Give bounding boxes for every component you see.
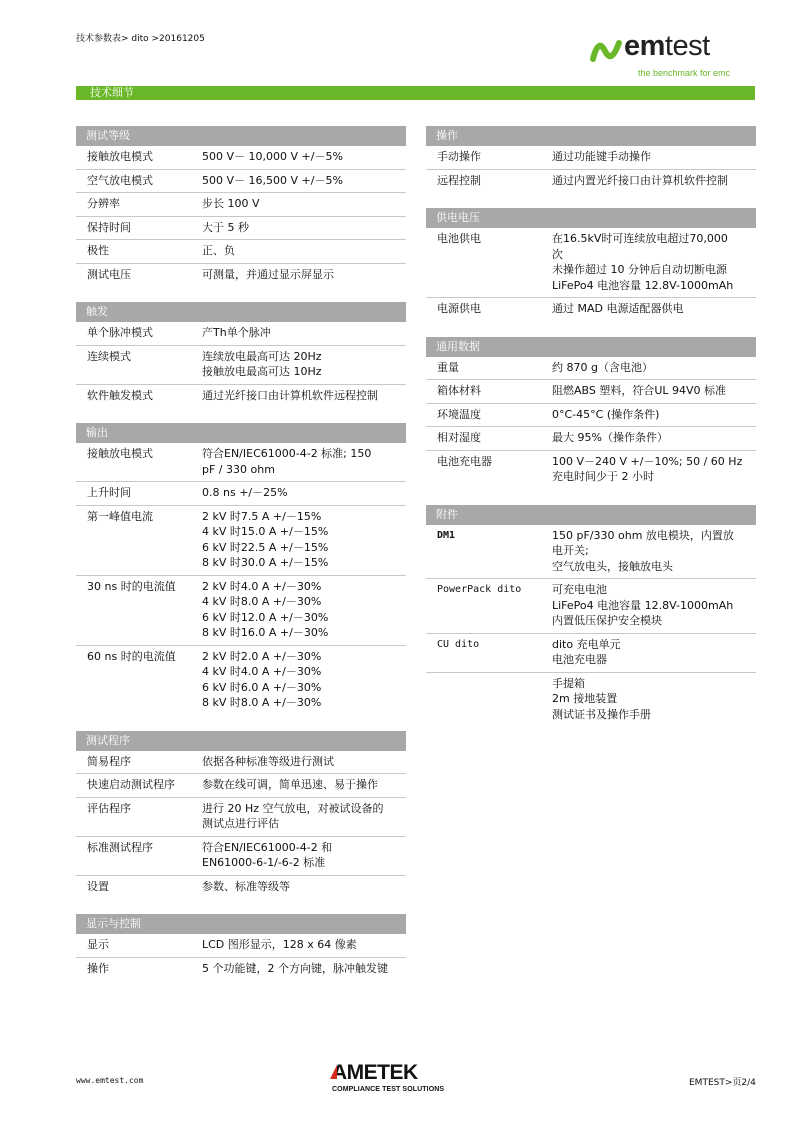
spec-row: 上升时间0.8 ns +/－25% bbox=[76, 482, 406, 506]
ametek-logo: AMETEK COMPLIANCE TEST SOLUTIONS bbox=[332, 1064, 456, 1096]
spec-row: DM1150 pF/330 ohm 放电模块，内置放 电开关; 空气放电头，接触… bbox=[426, 525, 756, 580]
spec-row: 箱体材料阻燃ABS 塑料，符合UL 94V0 标准 bbox=[426, 380, 756, 404]
spec-row: 远程控制通过内置光纤接口由计算机软件控制 bbox=[426, 170, 756, 193]
spec-row: 接触放电模式符合EN/IEC61000-4-2 标准; 150 pF / 330… bbox=[76, 443, 406, 482]
spec-label: 电源供电 bbox=[426, 301, 552, 317]
spec-row: 设置参数、标准等级等 bbox=[76, 876, 406, 899]
spec-value: 2 kV 时7.5 A +/－15% 4 kV 时15.0 A +/－15% 6… bbox=[202, 509, 406, 571]
spec-value: 在16.5kV时可连续放电超过70,000 次 未操作超过 10 分钟后自动切断… bbox=[552, 231, 756, 293]
spec-value: 5 个功能键，2 个方向键，脉冲触发键 bbox=[202, 961, 406, 977]
spec-value: 阻燃ABS 塑料，符合UL 94V0 标准 bbox=[552, 383, 756, 399]
spec-section: 操作手动操作通过功能键手动操作远程控制通过内置光纤接口由计算机软件控制 bbox=[426, 126, 756, 192]
section-header: 供电电压 bbox=[426, 208, 756, 228]
spec-value: 约 870 g（含电池） bbox=[552, 360, 756, 376]
spec-value: 连续放电最高可达 20Hz 接触放电最高可达 10Hz bbox=[202, 349, 406, 380]
spec-label: 标准测试程序 bbox=[76, 840, 202, 871]
spec-value: LCD 图形显示，128 x 64 像素 bbox=[202, 937, 406, 953]
section-header: 通用数据 bbox=[426, 337, 756, 357]
spec-section: 测试程序简易程序依据各种标准等级进行测试快速启动测试程序参数在线可调，简单迅速、… bbox=[76, 731, 406, 899]
spec-label: 接触放电模式 bbox=[76, 149, 202, 165]
spec-row: 连续模式连续放电最高可达 20Hz 接触放电最高可达 10Hz bbox=[76, 346, 406, 385]
spec-value: 进行 20 Hz 空气放电，对被试设备的 测试点进行评估 bbox=[202, 801, 406, 832]
spec-value: 100 V－240 V +/－10%; 50 / 60 Hz 充电时间少于 2 … bbox=[552, 454, 756, 485]
spec-row: 空气放电模式500 V－ 16,500 V +/－5% bbox=[76, 170, 406, 194]
spec-row: 显示LCD 图形显示，128 x 64 像素 bbox=[76, 934, 406, 958]
spec-section: 通用数据重量约 870 g（含电池）箱体材料阻燃ABS 塑料，符合UL 94V0… bbox=[426, 337, 756, 489]
spec-row: 手动操作通过功能键手动操作 bbox=[426, 146, 756, 170]
spec-value: 步长 100 V bbox=[202, 196, 406, 212]
spec-label: 60 ns 时的电流值 bbox=[76, 649, 202, 711]
spec-row: 单个脉冲模式产Th单个脉冲 bbox=[76, 322, 406, 346]
breadcrumb: 技术参数表> dito >20161205 bbox=[76, 31, 205, 44]
spec-row: 电池供电在16.5kV时可连续放电超过70,000 次 未操作超过 10 分钟后… bbox=[426, 228, 756, 298]
spec-row: 30 ns 时的电流值2 kV 时4.0 A +/－30% 4 kV 时8.0 … bbox=[76, 576, 406, 646]
spec-value: 2 kV 时4.0 A +/－30% 4 kV 时8.0 A +/－30% 6 … bbox=[202, 579, 406, 641]
spec-row: 相对湿度最大 95%（操作条件） bbox=[426, 427, 756, 451]
emtest-wave-icon bbox=[590, 40, 622, 62]
banner-title: 技术细节 bbox=[90, 86, 134, 100]
spec-row: 接触放电模式500 V－ 10,000 V +/－5% bbox=[76, 146, 406, 170]
spec-value: 参数、标准等级等 bbox=[202, 879, 406, 895]
spec-row: 电池充电器100 V－240 V +/－10%; 50 / 60 Hz 充电时间… bbox=[426, 451, 756, 489]
spec-value: 符合EN/IEC61000-4-2 和 EN61000-6-1/-6-2 标准 bbox=[202, 840, 406, 871]
spec-value: 依据各种标准等级进行测试 bbox=[202, 754, 406, 770]
footer-url: www.emtest.com bbox=[76, 1076, 143, 1085]
section-banner: 技术细节 bbox=[76, 86, 755, 100]
section-header: 输出 bbox=[76, 423, 406, 443]
spec-label: 单个脉冲模式 bbox=[76, 325, 202, 341]
spec-label: 快速启动测试程序 bbox=[76, 777, 202, 793]
emtest-logo: emtest the benchmark for emc bbox=[590, 36, 756, 82]
spec-value: 手提箱 2m 接地装置 测试证书及操作手册 bbox=[552, 676, 756, 723]
spec-label: 保持时间 bbox=[76, 220, 202, 236]
spec-row: 软件触发模式通过光纤接口由计算机软件远程控制 bbox=[76, 385, 406, 408]
spec-value: 通过内置光纤接口由计算机软件控制 bbox=[552, 173, 756, 189]
spec-section: 触发单个脉冲模式产Th单个脉冲连续模式连续放电最高可达 20Hz 接触放电最高可… bbox=[76, 302, 406, 407]
spec-row: 简易程序依据各种标准等级进行测试 bbox=[76, 751, 406, 775]
spec-section: 输出接触放电模式符合EN/IEC61000-4-2 标准; 150 pF / 3… bbox=[76, 423, 406, 715]
spec-label: 设置 bbox=[76, 879, 202, 895]
spec-value: dito 充电单元 电池充电器 bbox=[552, 637, 756, 668]
spec-label: 30 ns 时的电流值 bbox=[76, 579, 202, 641]
spec-section: 供电电压电池供电在16.5kV时可连续放电超过70,000 次 未操作超过 10… bbox=[426, 208, 756, 321]
page-number: EMTEST>页2/4 bbox=[689, 1075, 756, 1088]
spec-label: 简易程序 bbox=[76, 754, 202, 770]
ametek-red-mark-icon bbox=[330, 1065, 337, 1079]
spec-value: 可充电电池 LiFePo4 电池容量 12.8V-1000mAh 内置低压保护安… bbox=[552, 582, 756, 629]
logo-wordmark: emtest bbox=[624, 30, 710, 63]
spec-label: CU dito bbox=[426, 637, 552, 668]
spec-value: 大于 5 秒 bbox=[202, 220, 406, 236]
spec-row: 重量约 870 g（含电池） bbox=[426, 357, 756, 381]
spec-row: 手提箱 2m 接地装置 测试证书及操作手册 bbox=[426, 673, 756, 727]
spec-label: 电池供电 bbox=[426, 231, 552, 293]
spec-row: 测试电压可测量，并通过显示屏显示 bbox=[76, 264, 406, 287]
section-header: 测试等级 bbox=[76, 126, 406, 146]
spec-label: 分辨率 bbox=[76, 196, 202, 212]
spec-label: PowerPack dito bbox=[426, 582, 552, 629]
spec-label: 连续模式 bbox=[76, 349, 202, 380]
spec-label: 手动操作 bbox=[426, 149, 552, 165]
spec-label: 环境温度 bbox=[426, 407, 552, 423]
left-column: 测试等级接触放电模式500 V－ 10,000 V +/－5%空气放电模式500… bbox=[76, 126, 406, 996]
spec-value: 500 V－ 10,000 V +/－5% bbox=[202, 149, 406, 165]
spec-row: 快速启动测试程序参数在线可调，简单迅速、易于操作 bbox=[76, 774, 406, 798]
spec-row: 操作5 个功能键，2 个方向键，脉冲触发键 bbox=[76, 958, 406, 981]
spec-row: 环境温度0°C-45°C (操作条件) bbox=[426, 404, 756, 428]
spec-label: 远程控制 bbox=[426, 173, 552, 189]
spec-row: 分辨率步长 100 V bbox=[76, 193, 406, 217]
logo-tagline: the benchmark for emc bbox=[638, 68, 730, 78]
spec-label: DM1 bbox=[426, 528, 552, 575]
spec-label: 操作 bbox=[76, 961, 202, 977]
spec-row: PowerPack dito可充电电池 LiFePo4 电池容量 12.8V-1… bbox=[426, 579, 756, 634]
spec-label: 第一峰值电流 bbox=[76, 509, 202, 571]
spec-label: 评估程序 bbox=[76, 801, 202, 832]
section-header: 触发 bbox=[76, 302, 406, 322]
spec-row: 保持时间大于 5 秒 bbox=[76, 217, 406, 241]
section-header: 测试程序 bbox=[76, 731, 406, 751]
spec-value: 正、负 bbox=[202, 243, 406, 259]
spec-value: 0°C-45°C (操作条件) bbox=[552, 407, 756, 423]
spec-label: 软件触发模式 bbox=[76, 388, 202, 404]
spec-value: 500 V－ 16,500 V +/－5% bbox=[202, 173, 406, 189]
spec-label: 上升时间 bbox=[76, 485, 202, 501]
spec-section: 显示与控制显示LCD 图形显示，128 x 64 像素操作5 个功能键，2 个方… bbox=[76, 914, 406, 980]
section-header: 显示与控制 bbox=[76, 914, 406, 934]
spec-value: 通过光纤接口由计算机软件远程控制 bbox=[202, 388, 406, 404]
spec-label: 箱体材料 bbox=[426, 383, 552, 399]
section-header: 操作 bbox=[426, 126, 756, 146]
spec-value: 通过功能键手动操作 bbox=[552, 149, 756, 165]
spec-row: 极性正、负 bbox=[76, 240, 406, 264]
ametek-wordmark: AMETEK bbox=[332, 1061, 418, 1085]
spec-value: 通过 MAD 电源适配器供电 bbox=[552, 301, 756, 317]
spec-row: 电源供电通过 MAD 电源适配器供电 bbox=[426, 298, 756, 321]
spec-label: 空气放电模式 bbox=[76, 173, 202, 189]
spec-label: 显示 bbox=[76, 937, 202, 953]
spec-value: 符合EN/IEC61000-4-2 标准; 150 pF / 330 ohm bbox=[202, 446, 406, 477]
spec-label: 测试电压 bbox=[76, 267, 202, 283]
section-header: 附件 bbox=[426, 505, 756, 525]
spec-label bbox=[426, 676, 552, 723]
right-column: 操作手动操作通过功能键手动操作远程控制通过内置光纤接口由计算机软件控制供电电压电… bbox=[426, 126, 756, 742]
spec-value: 参数在线可调，简单迅速、易于操作 bbox=[202, 777, 406, 793]
spec-row: CU ditodito 充电单元 电池充电器 bbox=[426, 634, 756, 673]
spec-label: 重量 bbox=[426, 360, 552, 376]
spec-section: 附件DM1150 pF/330 ohm 放电模块，内置放 电开关; 空气放电头，… bbox=[426, 505, 756, 727]
spec-label: 相对湿度 bbox=[426, 430, 552, 446]
spec-section: 测试等级接触放电模式500 V－ 10,000 V +/－5%空气放电模式500… bbox=[76, 126, 406, 286]
spec-row: 第一峰值电流2 kV 时7.5 A +/－15% 4 kV 时15.0 A +/… bbox=[76, 506, 406, 576]
spec-row: 标准测试程序符合EN/IEC61000-4-2 和 EN61000-6-1/-6… bbox=[76, 837, 406, 876]
spec-row: 60 ns 时的电流值2 kV 时2.0 A +/－30% 4 kV 时4.0 … bbox=[76, 646, 406, 715]
ametek-subtitle: COMPLIANCE TEST SOLUTIONS bbox=[332, 1086, 444, 1093]
spec-label: 电池充电器 bbox=[426, 454, 552, 485]
spec-label: 接触放电模式 bbox=[76, 446, 202, 477]
spec-value: 2 kV 时2.0 A +/－30% 4 kV 时4.0 A +/－30% 6 … bbox=[202, 649, 406, 711]
spec-value: 可测量，并通过显示屏显示 bbox=[202, 267, 406, 283]
spec-value: 150 pF/330 ohm 放电模块，内置放 电开关; 空气放电头，接触放电头 bbox=[552, 528, 756, 575]
spec-label: 极性 bbox=[76, 243, 202, 259]
spec-value: 产Th单个脉冲 bbox=[202, 325, 406, 341]
spec-value: 0.8 ns +/－25% bbox=[202, 485, 406, 501]
spec-value: 最大 95%（操作条件） bbox=[552, 430, 756, 446]
spec-row: 评估程序进行 20 Hz 空气放电，对被试设备的 测试点进行评估 bbox=[76, 798, 406, 837]
